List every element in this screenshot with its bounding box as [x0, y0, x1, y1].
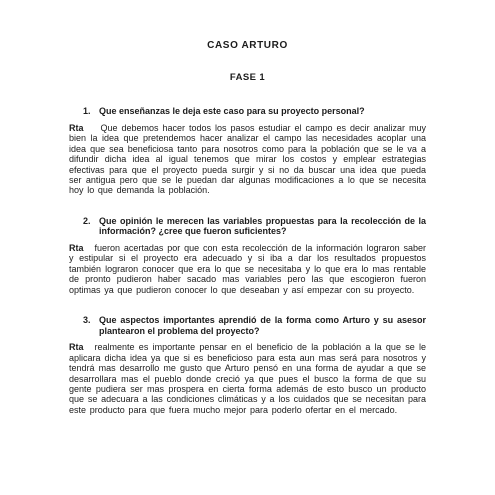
question-2-number: 2. — [83, 216, 99, 237]
question-1-number: 1. — [83, 106, 99, 116]
qa-block-2: 2. Que opinión le merecen las variables … — [69, 216, 426, 295]
answer-2-text: fueron acertadas por que con esta recole… — [69, 243, 426, 295]
question-2-text: Que opinión le merecen las variables pro… — [99, 216, 426, 237]
document-title: CASO ARTURO — [69, 40, 426, 51]
question-2: 2. Que opinión le merecen las variables … — [69, 216, 426, 237]
document-page: CASO ARTURO FASE 1 1. Que enseñanzas le … — [0, 0, 495, 495]
question-3: 3. Que aspectos importantes aprendió de … — [69, 315, 426, 336]
answer-2-label: Rta — [69, 243, 84, 253]
answer-2: Rtafueron acertadas por que con esta rec… — [69, 243, 426, 295]
question-3-number: 3. — [83, 315, 99, 336]
document-subtitle: FASE 1 — [69, 72, 426, 83]
answer-1: RtaQue debemos hacer todos los pasos est… — [69, 123, 426, 196]
qa-block-1: 1. Que enseñanzas le deja este caso para… — [69, 106, 426, 196]
answer-3: Rtarealmente es importante pensar en el … — [69, 342, 426, 415]
answer-3-text: realmente es importante pensar en el ben… — [69, 342, 426, 414]
qa-block-3: 3. Que aspectos importantes aprendió de … — [69, 315, 426, 415]
answer-1-label: Rta — [69, 123, 84, 133]
answer-3-label: Rta — [69, 342, 84, 352]
answer-1-text: Que debemos hacer todos los pasos estudi… — [69, 123, 426, 195]
question-1-text: Que enseñanzas le deja este caso para su… — [99, 106, 426, 116]
question-3-text: Que aspectos importantes aprendió de la … — [99, 315, 426, 336]
question-1: 1. Que enseñanzas le deja este caso para… — [69, 106, 426, 116]
